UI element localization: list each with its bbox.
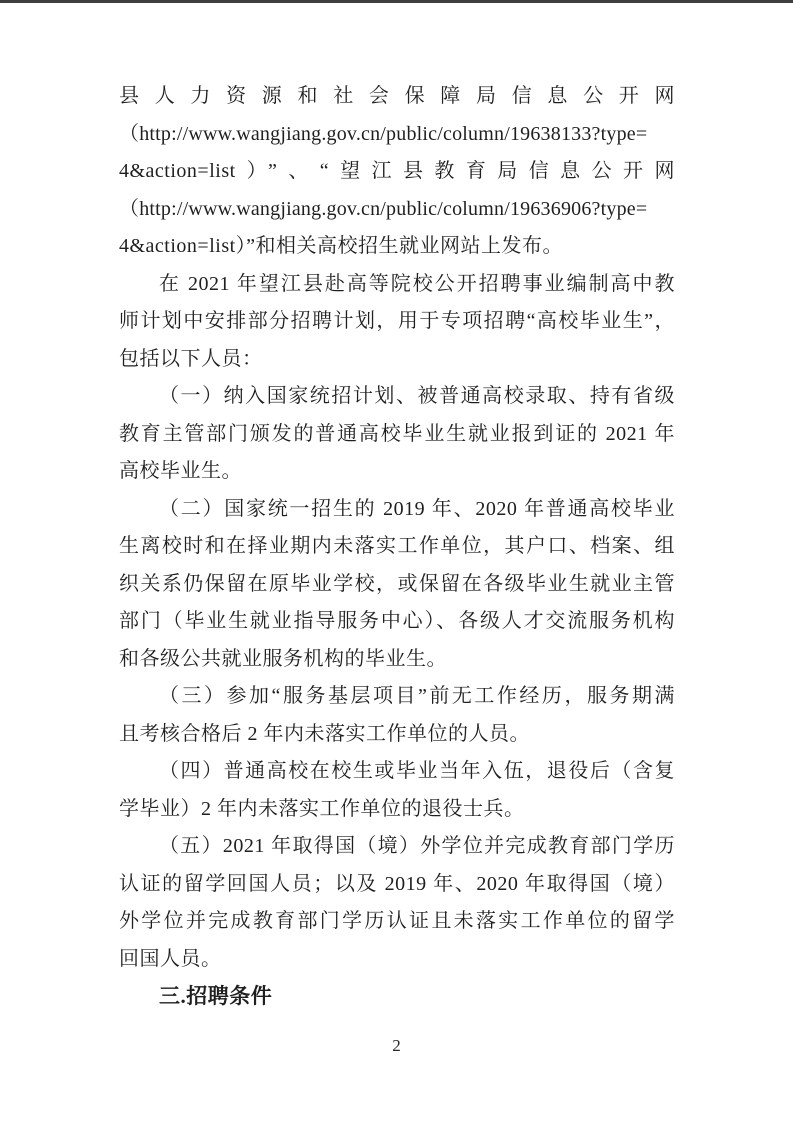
text-line: 学毕业）2 年内未落实工作单位的退役士兵。 bbox=[119, 791, 675, 829]
text-line: （一）纳入国家统招计划、被普通高校录取、持有省级 bbox=[119, 378, 675, 416]
text-line: 在 2021 年望江县赴高等院校公开招聘事业编制高中教 bbox=[119, 266, 675, 304]
text-line: （三）参加“服务基层项目”前无工作经历，服务期满 bbox=[119, 678, 675, 716]
section-heading: 三.招聘条件 bbox=[119, 978, 675, 1016]
url-text-line: （http://www.wangjiang.gov.cn/public/colu… bbox=[119, 116, 675, 154]
text-line: 县人力资源和社会保障局信息公开网 bbox=[119, 78, 675, 116]
page-number: 2 bbox=[0, 1034, 793, 1058]
paragraph: 县人力资源和社会保障局信息公开网 （http://www.wangjiang.g… bbox=[119, 78, 675, 266]
text-line: 且考核合格后 2 年内未落实工作单位的人员。 bbox=[119, 716, 675, 754]
text-line: 回国人员。 bbox=[119, 941, 675, 979]
text-line: 外学位并完成教育部门学历认证且未落实工作单位的留学 bbox=[119, 903, 675, 941]
paragraph: （一）纳入国家统招计划、被普通高校录取、持有省级 教育主管部门颁发的普通高校毕业… bbox=[119, 378, 675, 491]
text-line: （五）2021 年取得国（境）外学位并完成教育部门学历 bbox=[119, 828, 675, 866]
text-line: 师计划中安排部分招聘计划，用于专项招聘“高校毕业生”， bbox=[119, 303, 675, 341]
text-line: 包括以下人员： bbox=[119, 341, 675, 379]
text-line: 4&action=list）”、“望江县教育局信息公开网 bbox=[119, 153, 675, 191]
paragraph: （二）国家统一招生的 2019 年、2020 年普通高校毕业 生离校时和在择业期… bbox=[119, 491, 675, 679]
paragraph: （五）2021 年取得国（境）外学位并完成教育部门学历 认证的留学回国人员；以及… bbox=[119, 828, 675, 978]
document-page: 县人力资源和社会保障局信息公开网 （http://www.wangjiang.g… bbox=[119, 78, 675, 1016]
text-line: 高校毕业生。 bbox=[119, 453, 675, 491]
text-line: 部门（毕业生就业指导服务中心）、各级人才交流服务机构 bbox=[119, 603, 675, 641]
text-line: 4&action=list）”和相关高校招生就业网站上发布。 bbox=[119, 228, 675, 266]
paragraph: 在 2021 年望江县赴高等院校公开招聘事业编制高中教 师计划中安排部分招聘计划… bbox=[119, 266, 675, 379]
text-line: 和各级公共就业服务机构的毕业生。 bbox=[119, 641, 675, 679]
text-line: 织关系仍保留在原毕业学校，或保留在各级毕业生就业主管 bbox=[119, 566, 675, 604]
page-top-edge bbox=[0, 0, 793, 3]
text-line: 认证的留学回国人员；以及 2019 年、2020 年取得国（境） bbox=[119, 866, 675, 904]
text-line: （四）普通高校在校生或毕业当年入伍，退役后（含复 bbox=[119, 753, 675, 791]
paragraph: （三）参加“服务基层项目”前无工作经历，服务期满 且考核合格后 2 年内未落实工… bbox=[119, 678, 675, 753]
text-line: 生离校时和在择业期内未落实工作单位，其户口、档案、组 bbox=[119, 528, 675, 566]
paragraph: （四）普通高校在校生或毕业当年入伍，退役后（含复 学毕业）2 年内未落实工作单位… bbox=[119, 753, 675, 828]
url-text-line: （http://www.wangjiang.gov.cn/public/colu… bbox=[119, 191, 675, 229]
text-line: 教育主管部门颁发的普通高校毕业生就业报到证的 2021 年 bbox=[119, 416, 675, 454]
text-line: （二）国家统一招生的 2019 年、2020 年普通高校毕业 bbox=[119, 491, 675, 529]
